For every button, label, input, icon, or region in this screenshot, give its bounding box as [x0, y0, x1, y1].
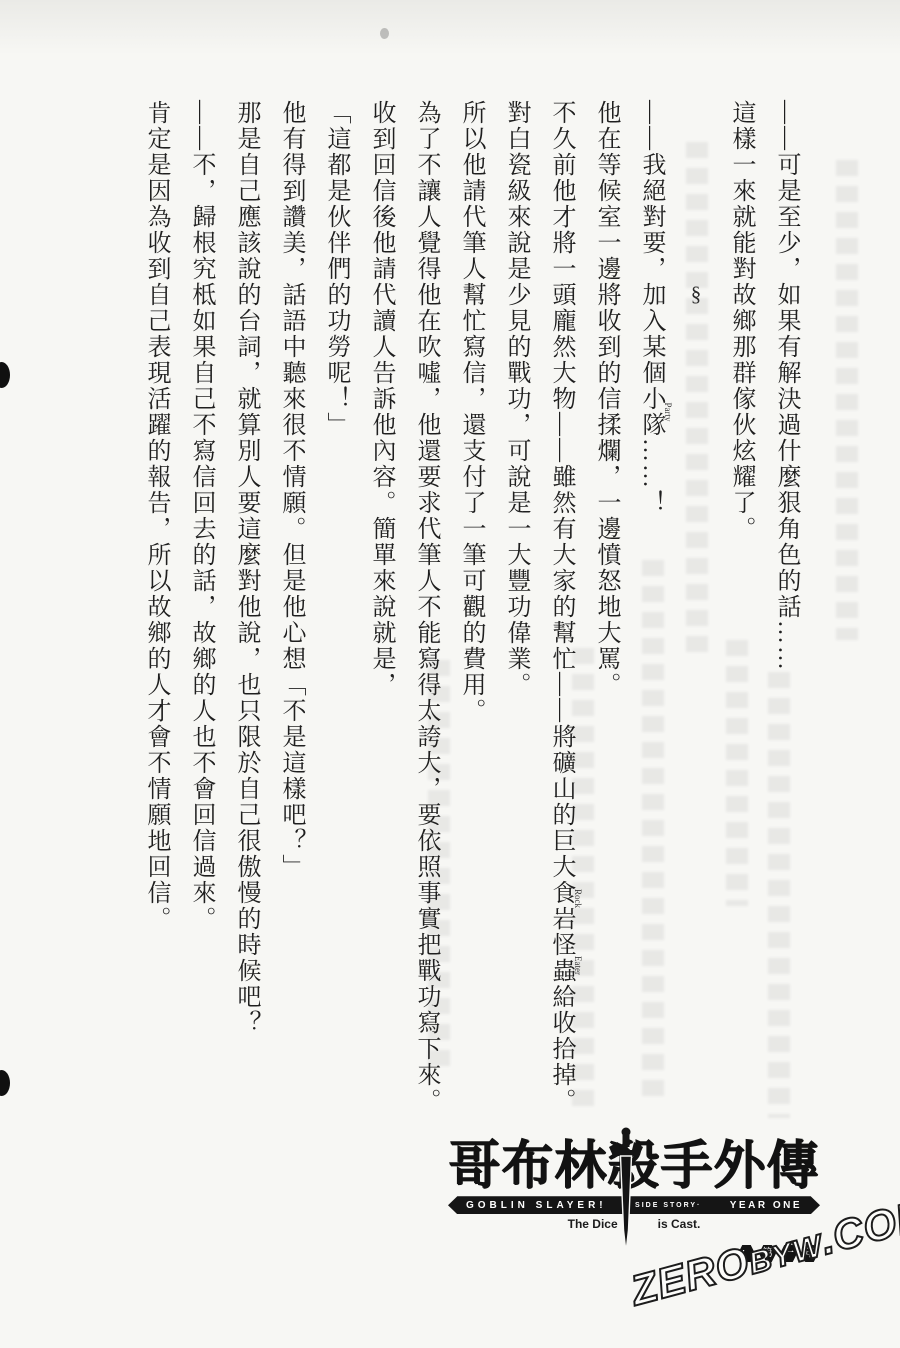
paragraph-monster: 不久前他才將一頭龐然大物——雖然有大家的幫忙——將礦山的巨大食岩怪蟲Rock E… [538, 100, 583, 1156]
paragraph-text: ……！ [638, 438, 664, 516]
paragraph-feat: 對白瓷級來說是少見的戰功，可說是一大豐功偉業。 [493, 100, 538, 1156]
ruby-base: 食岩怪蟲 [548, 880, 574, 984]
ruby-base: 小隊 [638, 386, 664, 438]
scan-edge-blob [0, 1070, 10, 1096]
banner-year-one: YEAR ONE [730, 1200, 802, 1211]
watermark-part: BYW [745, 1228, 827, 1281]
bleed-artifact [836, 160, 858, 640]
ruby-party: 小隊Party [638, 386, 664, 438]
paragraph-boast-1: ——可是至少，如果有解決過什麼狠角色的話…… [763, 100, 808, 1156]
paragraph-text: 給收拾掉。 [548, 984, 574, 1114]
paragraph-resolve: ——我絕對要，加入某個小隊Party……！ [628, 100, 673, 1156]
novel-text-block: ——可是至少，如果有解決過什麼狠角色的話…… 這樣一來就能對故鄉那群傢伙炫耀了。… [133, 100, 808, 1156]
paragraph-scribe: 所以他請代筆人幫忙寫信，還支付了一筆可觀的費用。 [448, 100, 493, 1156]
paragraph-honest: 為了不讓人覺得他在吹噓，他還要求代筆人不能寫得太誇大，要依照事實把戰功寫下來。 [403, 100, 448, 1156]
ruby-rock-eater: 食岩怪蟲Rock Eater [548, 880, 574, 984]
paragraph-line: 那是自己應該說的台詞，就算別人要這麼對他說，也只限於自己很傲慢的時候吧？ [223, 100, 268, 1156]
section-break-mark: § [673, 100, 718, 1156]
paragraph-text: 不久前他才將一頭龐然大物——雖然有大家的幫忙——將礦山的巨大 [548, 100, 574, 880]
watermark-part: .COM [815, 1189, 900, 1264]
ruby-annotation: Rock Eater [573, 880, 583, 984]
tagline-right: is Cast. [658, 1217, 701, 1231]
paragraph-reply: 收到回信後他請代讀人告訴他內容。簡單來說就是， [358, 100, 403, 1156]
scanned-novel-page: ——可是至少，如果有解決過什麼狠角色的話…… 這樣一來就能對故鄉那群傢伙炫耀了。… [0, 0, 900, 1348]
paragraph-waiting-room: 他在等候室一邊將收到的信揉爛，一邊憤怒地大罵。 [583, 100, 628, 1156]
paragraph-no: ——不，歸根究柢如果自己不寫信回去的話，故鄉的人也不會回信過來。 [178, 100, 223, 1156]
sword-icon [606, 1126, 646, 1260]
scan-edge-blob [0, 362, 10, 388]
scan-speck [380, 28, 389, 39]
paragraph-surely: 肯定是因為收到自己表現活躍的報告，所以故鄉的人才會不情願地回信。 [133, 100, 178, 1156]
paragraph-text: ——我絕對要，加入某個 [638, 100, 664, 386]
ruby-annotation: Party [663, 386, 673, 438]
paragraph-boast-2: 這樣一來就能對故鄉那群傢伙炫耀了。 [718, 100, 763, 1156]
banner-series-name: GOBLIN SLAYER! [466, 1200, 607, 1211]
paragraph-praised: 他有得到讚美，話語中聽來很不情願。但是他心想「不是這樣吧？」 [268, 100, 313, 1156]
paragraph-quote-credit: 「這都是伙伴們的功勞呢！」 [313, 100, 358, 1156]
